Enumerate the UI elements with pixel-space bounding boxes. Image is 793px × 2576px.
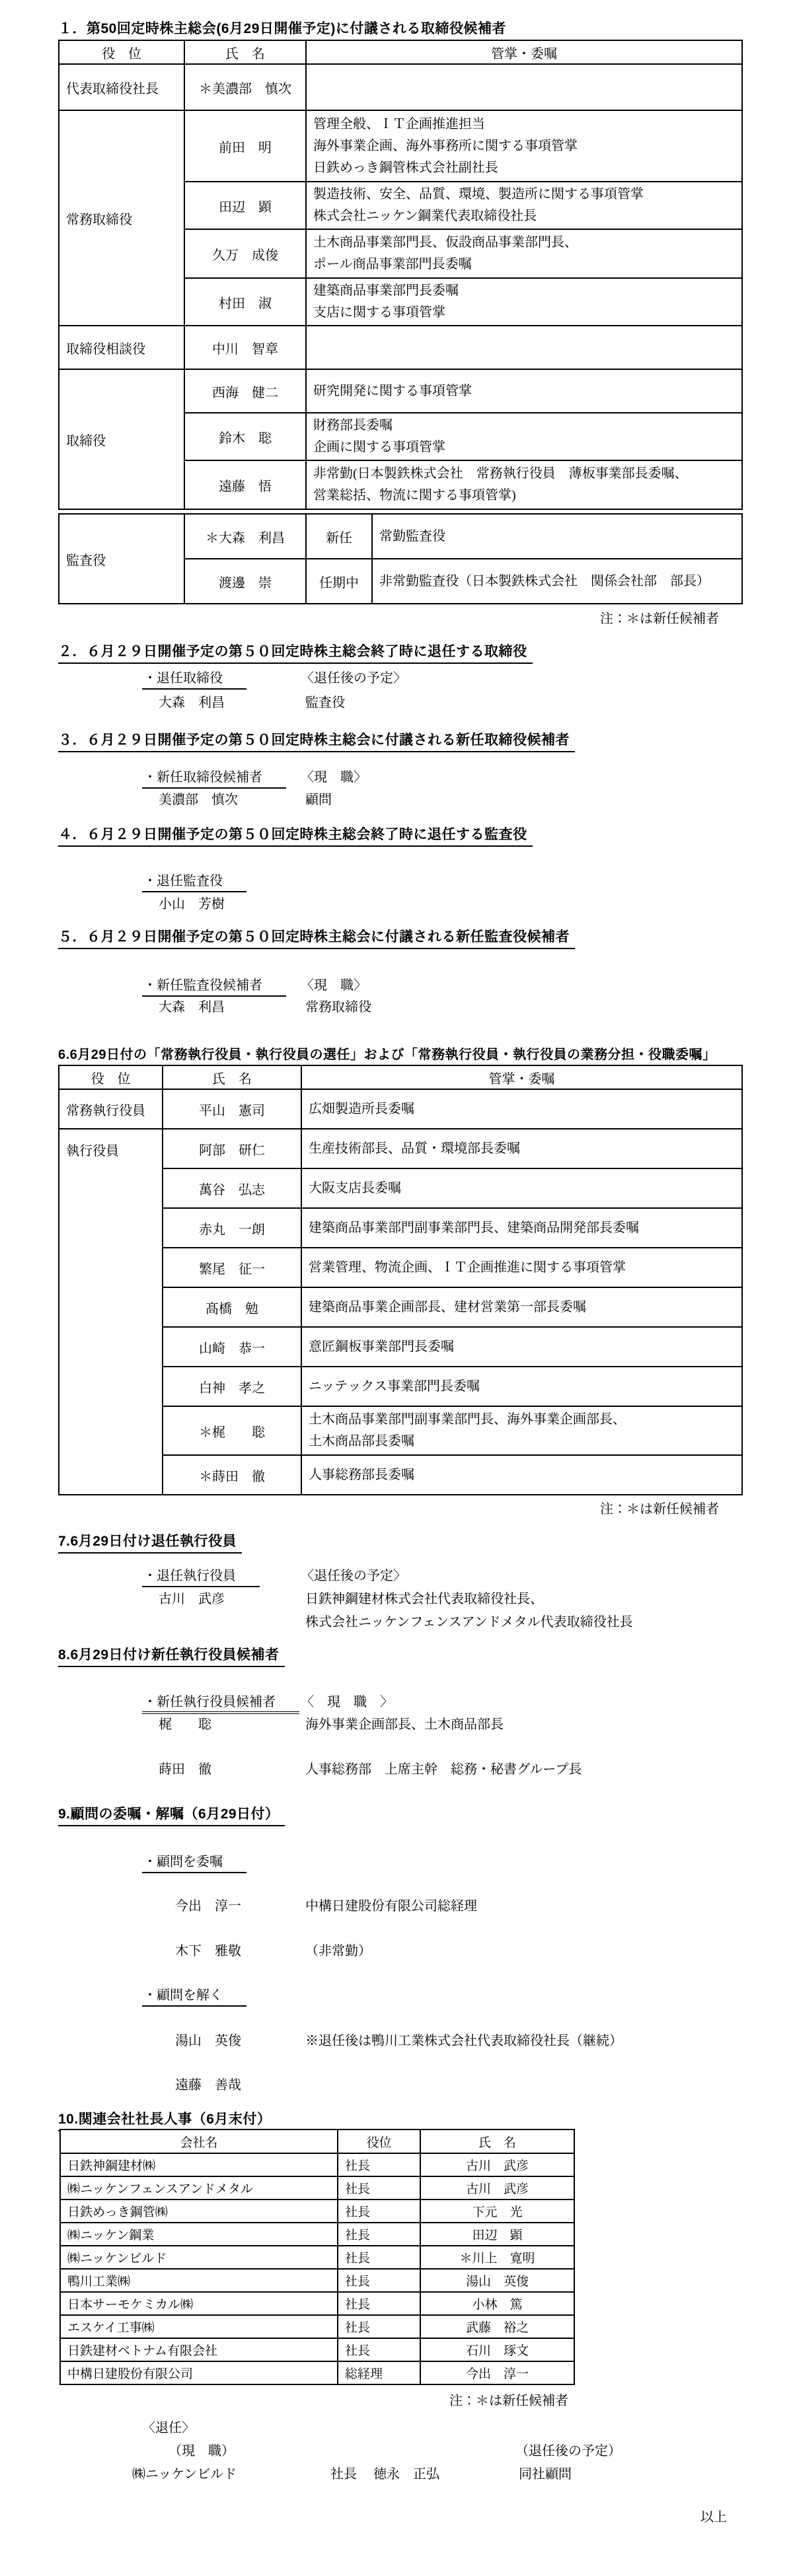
header-post: 役 位 [59,40,184,64]
table-row: 常務執行役員 平山 憲司 広畑製造所長委嘱 [59,1089,742,1129]
company-cell: 日鉄めっき鋼管㈱ [60,2200,338,2223]
person-name: 大森 利昌 [159,996,225,1015]
status-cell: 新任 [306,514,372,559]
name-cell: ＊梶 聡 [163,1406,301,1455]
name-cell: 古川 武彦 [420,2176,574,2200]
company-cell: エスケイ工事㈱ [60,2315,338,2338]
company-cell: 日本サーモケミカル㈱ [60,2292,338,2315]
post-cell: 常務取締役 [59,110,184,326]
duty-cell: 建築商品事業部門長委嘱 支店に関する事項管掌 [306,278,742,326]
section3-entry-row: 美濃部 慎次 顧問 [0,789,793,810]
post-cell: 取締役相談役 [59,326,184,369]
duty-cell: 非常勤監査役（日本製鉄株式会社 関係会社部 部長） [372,559,742,604]
section1-title: １．第50回定時株主総会(6月29日開催予定)に付議される取締役候補者 [58,18,511,41]
advisor-appoint-row: 木下 雅敬 （非常勤） [0,1940,793,1961]
header-post: 役 位 [59,1065,163,1089]
header-name: 氏 名 [163,1065,301,1089]
section2-entry-row: 大森 利昌 監査役 [0,692,793,713]
advisor-release-label-row: ・顧問を解く [0,1984,793,2005]
after-retirement-label: 〈退任後の予定〉 [301,1565,406,1584]
duty-cell: 土木商品事業部門副事業部門長、海外事業企画部長、 土木商品部長委嘱 [301,1406,742,1455]
name-cell: 田辺 顕 [184,182,306,229]
post-cell: 監査役 [59,514,184,604]
new-director-candidate-label: ・新任取締役候補者 [142,766,286,789]
table-row: 日本サーモケミカル㈱ 社長 小林 篤 [60,2292,574,2315]
company-cell: 鴨川工業㈱ [60,2269,338,2292]
new-executive-candidate-label: ・新任執行役員候補者 [142,1691,299,1714]
duty-cell: 非常勤(日本製鉄株式会社 常務執行役員 薄板事業部長委嘱、 営業総括、物流に関す… [306,460,742,509]
advisor-release-label: ・顧問を解く [142,1984,246,2007]
section7-entry-row: 古川 武彦 日鉄神鋼建材株式会社代表取締役社長、 [0,1588,793,1609]
name-cell: 阿部 研仁 [163,1129,301,1168]
name-cell: 村田 淑 [184,278,306,326]
duty-cell: 広畑製造所長委嘱 [301,1089,742,1129]
table-row: ㈱ニッケン鋼業 社長 田辺 顕 [60,2223,574,2246]
current-post-label: （現 職） [169,2440,235,2459]
name-cell: 鈴木 聡 [184,413,306,460]
person-name: 大森 利昌 [159,692,225,711]
table-row: 取締役 西海 健二 研究開発に関する事項管掌 [59,369,742,413]
name-cell: 下元 光 [420,2200,574,2223]
duty-cell: 意匠鋼板事業部門長委嘱 [301,1327,742,1367]
duty-cell [306,64,742,110]
current-post-label: 〈 現 職 〉 [301,1691,393,1710]
table-row: 日鉄神鋼建材㈱ 社長 古川 武彦 [60,2153,574,2176]
person-value: （非常勤） [305,1940,371,1959]
retirement-header-row: （現 職） （退任後の予定） [0,2440,793,2461]
new-auditor-candidate-label: ・新任監査役候補者 [142,974,286,997]
section8-title: 8.6月29日付け新任執行役員候補者 [58,1644,285,1667]
section5-label-row: ・新任監査役候補者 〈現 職〉 [0,974,793,995]
name-cell: 前田 明 [184,110,306,182]
advisor-appoint-label-row: ・顧問を委嘱 [0,1851,793,1872]
header-company: 会社名 [60,2129,338,2153]
table-row: 監査役 ＊大森 利昌 新任 常勤監査役 [59,514,742,559]
retiring-director-label: ・退任取締役 [142,667,246,690]
section2-label-row: ・退任取締役 〈退任後の予定〉 [0,667,793,688]
post-cell: 総経理 [338,2361,420,2384]
advisor-appoint-row: 今出 淳一 中構日建股份有限公司総経理 [0,1895,793,1916]
current-post-label: 〈現 職〉 [301,766,367,785]
table-header-row: 役 位 氏 名 管掌・委嘱 [59,1065,742,1089]
name-cell: 平山 憲司 [163,1089,301,1129]
name-cell: ＊美濃部 慎次 [184,64,306,110]
table-row: ㈱ニッケンビルド 社長 ＊川上 寛明 [60,2246,574,2269]
table-row: 代表取締役社長 ＊美濃部 慎次 [59,64,742,110]
duty-cell: 大阪支店長委嘱 [301,1168,742,1208]
duty-cell: 製造技術、安全、品質、環境、製造所に関する事項管掌 株式会社ニッケン鋼業代表取締… [306,182,742,229]
table-header-row: 役 位 氏 名 管掌・委嘱 [59,40,742,64]
name-cell: 髙橋 勉 [163,1287,301,1327]
after-retirement-label: （退任後の予定） [515,2440,621,2459]
section2-title: ２．６月２９日開催予定の第５０回定時株主総会終了時に退任する取締役 [58,641,533,664]
company-cell: ㈱ニッケンビルド [60,2246,338,2269]
company-cell: 中構日建股份有限公司 [60,2361,338,2384]
duty-cell [306,326,742,369]
section8-entry-row: 蒔田 徹 人事総務部 上席主幹 総務・秘書グループ長 [0,1758,793,1779]
post-cell: 社長 [338,2246,420,2269]
closing-row: 以上 [0,2506,793,2527]
name-cell: 今出 淳一 [420,2361,574,2384]
section10-title: 10.関連会社社長人事（6月末付） [58,2108,276,2131]
post-cell: 社長 [338,2223,420,2246]
section9-title: 9.顧問の委嘱・解嘱（6月29日付） [58,1803,285,1826]
post-cell: 社長 [338,2338,420,2361]
duty-cell: 常勤監査役 [372,514,742,559]
note-new-candidate: 注：＊は新任候補者 [58,608,719,627]
closing-label: 以上 [700,2506,727,2525]
table-row: エスケイ工事㈱ 社長 武藤 裕之 [60,2315,574,2338]
retiring-executive-label: ・退任執行役員 [142,1565,260,1587]
post-cell: 常務執行役員 [59,1089,163,1129]
post-cell: 代表取締役社長 [59,64,184,110]
directors-table: 役 位 氏 名 管掌・委嘱 代表取締役社長 ＊美濃部 慎次 常務取締役 前田 明… [58,40,743,510]
name-cell: 田辺 顕 [420,2223,574,2246]
name-cell: 久万 成俊 [184,229,306,278]
section5-title: ５．６月２９日開催予定の第５０回定時株主総会に付議される新任監査役候補者 [58,926,575,949]
retirement-entry-row: ㈱ニッケンビルド 社長 徳永 正弘 同社顧問 [0,2463,793,2484]
company-name: ㈱ニッケンビルド [132,2463,237,2482]
section4-label-row: ・退任監査役 [0,870,793,891]
name-cell: 白神 孝之 [163,1367,301,1406]
post-cell: 社長 [338,2292,420,2315]
advisor-release-row: 遠藤 善哉 [0,2074,793,2095]
note-new-candidate: 注：＊は新任候補者 [58,1498,719,1517]
section7-title: 7.6月29日付け退任執行役員 [58,1530,242,1554]
person-name: 小山 芳樹 [159,893,225,912]
duty-cell: 財務部長委嘱 企画に関する事項管掌 [306,413,742,460]
name-cell: 遠藤 悟 [184,460,306,509]
person-name: 蒔田 徹 [159,1758,211,1777]
name-cell: ＊川上 寛明 [420,2246,574,2269]
company-cell: 日鉄神鋼建材㈱ [60,2153,338,2176]
post-cell: 社長 [338,2269,420,2292]
retirement-label-row: 〈退任〉 [0,2417,793,2438]
table-row: 日鉄めっき鋼管㈱ 社長 下元 光 [60,2200,574,2223]
header-name: 氏 名 [184,40,306,64]
duty-cell: 建築商品事業部門副事業部門長、建築商品開発部長委嘱 [301,1208,742,1248]
name-cell: 石川 琢文 [420,2338,574,2361]
name-cell: 赤丸 一朗 [163,1208,301,1248]
header-name: 氏 名 [420,2129,574,2153]
person-name: 古川 武彦 [159,1588,225,1607]
section3-label-row: ・新任取締役候補者 〈現 職〉 [0,766,793,787]
person-name: 美濃部 慎次 [159,789,238,808]
section4-entry-row: 小山 芳樹 [0,893,793,914]
name-cell: 西海 健二 [184,369,306,413]
person-value: 海外事業企画部長、土木商品部長 [305,1713,504,1733]
section7-entry-row2: 株式会社ニッケンフェンスアンドメタル代表取締役社長 [0,1611,793,1632]
person-name: 湯山 英俊 [175,2030,241,2049]
name-cell: 繁尾 征一 [163,1248,301,1287]
table-row: 取締役相談役 中川 智章 [59,326,742,369]
duty-cell: 土木商品事業部門長、仮設商品事業部門長、 ポール商品事業部門長委嘱 [306,229,742,278]
name-cell: 渡邊 崇 [184,559,306,604]
duty-cell: 営業管理、物流企画、ＩＴ企画推進に関する事項管掌 [301,1248,742,1287]
name-cell: 古川 武彦 [420,2153,574,2176]
person-name: 梶 聡 [159,1713,211,1733]
advisor-appoint-label: ・顧問を委嘱 [142,1851,246,1873]
person-value: ※退任後は鴨川工業株式会社代表取締役社長（継続） [305,2030,623,2049]
company-cell: ㈱ニッケン鋼業 [60,2223,338,2246]
header-duty: 管掌・委嘱 [306,40,742,64]
section4-title: ４．６月２９日開催予定の第５０回定時株主総会終了時に退任する監査役 [58,824,533,847]
post-cell: 社長 [338,2315,420,2338]
name-cell: 山崎 恭一 [163,1327,301,1367]
name-cell: 小林 篤 [420,2292,574,2315]
name-cell: 萬谷 弘志 [163,1168,301,1208]
duty-cell: 生産技術部長、品質・環境部長委嘱 [301,1129,742,1168]
person-value: 監査役 [305,692,345,711]
after-post: 同社顧問 [519,2463,572,2482]
post-cell: 社長 [338,2153,420,2176]
current-post-label: 〈現 職〉 [301,974,367,993]
section8-entry-row: 梶 聡 海外事業企画部長、土木商品部長 [0,1713,793,1735]
status-cell: 任期中 [306,559,372,604]
table-row: ㈱ニッケンフェンスアンドメタル 社長 古川 武彦 [60,2176,574,2200]
header-duty: 管掌・委嘱 [301,1065,742,1089]
person-value: 株式会社ニッケンフェンスアンドメタル代表取締役社長 [305,1611,633,1630]
table-row: 鴨川工業㈱ 社長 湯山 英俊 [60,2269,574,2292]
person-value: 日鉄神鋼建材株式会社代表取締役社長、 [305,1588,543,1607]
retiring-auditor-label: ・退任監査役 [142,870,246,892]
duty-cell: 管理全般、ＩＴ企画推進担当 海外事業企画、海外事務所に関する事項管掌 日鉄めっき… [306,110,742,182]
auditors-table: 監査役 ＊大森 利昌 新任 常勤監査役 渡邊 崇 任期中 非常勤監査役（日本製鉄… [58,513,743,604]
person-name: 木下 雅敬 [175,1940,241,1959]
section8-label-row: ・新任執行役員候補者 〈 現 職 〉 [0,1691,793,1712]
table-row: 常務取締役 前田 明 管理全般、ＩＴ企画推進担当 海外事業企画、海外事務所に関す… [59,110,742,182]
section6-title: 6.6月29日付の「常務執行役員・執行役員の選任」および「常務執行役員・執行役員… [58,1044,722,1066]
name-cell: 武藤 裕之 [420,2315,574,2338]
name-cell: ＊蒔田 徹 [163,1455,301,1495]
note-new-candidate: 注：＊は新任候補者 [59,2390,568,2409]
affiliate-presidents-table: 会社名 役位 氏 名 日鉄神鋼建材㈱ 社長 古川 武彦 ㈱ニッケンフェンスアンド… [59,2129,575,2385]
executive-officers-table: 役 位 氏 名 管掌・委嘱 常務執行役員 平山 憲司 広畑製造所長委嘱 執行役員… [58,1065,743,1495]
table-header-row: 会社名 役位 氏 名 [60,2129,574,2153]
name-cell: 湯山 英俊 [420,2269,574,2292]
person-value: 人事総務部 上席主幹 総務・秘書グループ長 [305,1758,582,1777]
post-cell: 執行役員 [59,1129,163,1495]
section7-label-row: ・退任執行役員 〈退任後の予定〉 [0,1565,793,1586]
section3-title: ３．６月２９日開催予定の第５０回定時株主総会に付議される新任取締役候補者 [58,729,575,752]
retirement-label: 〈退任〉 [142,2417,195,2436]
duty-cell: 人事総務部長委嘱 [301,1455,742,1495]
table-row: 執行役員 阿部 研仁 生産技術部長、品質・環境部長委嘱 [59,1129,742,1168]
post-cell: 社長 [338,2176,420,2200]
name-cell: ＊大森 利昌 [184,514,306,559]
post-cell: 社長 [338,2200,420,2223]
person-name: 今出 淳一 [175,1895,241,1914]
person-name: 徳永 正弘 [373,2463,439,2482]
duty-cell: 研究開発に関する事項管掌 [306,369,742,413]
table-row: 中構日建股份有限公司 総経理 今出 淳一 [60,2361,574,2384]
person-value: 常務取締役 [305,996,371,1015]
section5-entry-row: 大森 利昌 常務取締役 [0,996,793,1017]
company-cell: ㈱ニッケンフェンスアンドメタル [60,2176,338,2200]
company-cell: 日鉄建材ベトナム有限会社 [60,2338,338,2361]
person-name: 遠藤 善哉 [175,2074,241,2093]
duty-cell: 建築商品事業企画部長、建材営業第一部長委嘱 [301,1287,742,1327]
duty-cell: ニッテックス事業部門長委嘱 [301,1367,742,1406]
advisor-release-row: 湯山 英俊 ※退任後は鴨川工業株式会社代表取締役社長（継続） [0,2030,793,2051]
post-cell: 取締役 [59,369,184,509]
press-release-page: １．第50回定時株主総会(6月29日開催予定)に付議される取締役候補者 役 位 … [0,0,793,2576]
table-row: 日鉄建材ベトナム有限会社 社長 石川 琢文 [60,2338,574,2361]
person-value: 顧問 [305,789,332,808]
person-value: 中構日建股份有限公司総経理 [305,1895,477,1914]
post-label: 社長 [330,2463,357,2482]
after-retirement-label: 〈退任後の予定〉 [301,667,406,686]
name-cell: 中川 智章 [184,326,306,369]
header-post: 役位 [338,2129,420,2153]
